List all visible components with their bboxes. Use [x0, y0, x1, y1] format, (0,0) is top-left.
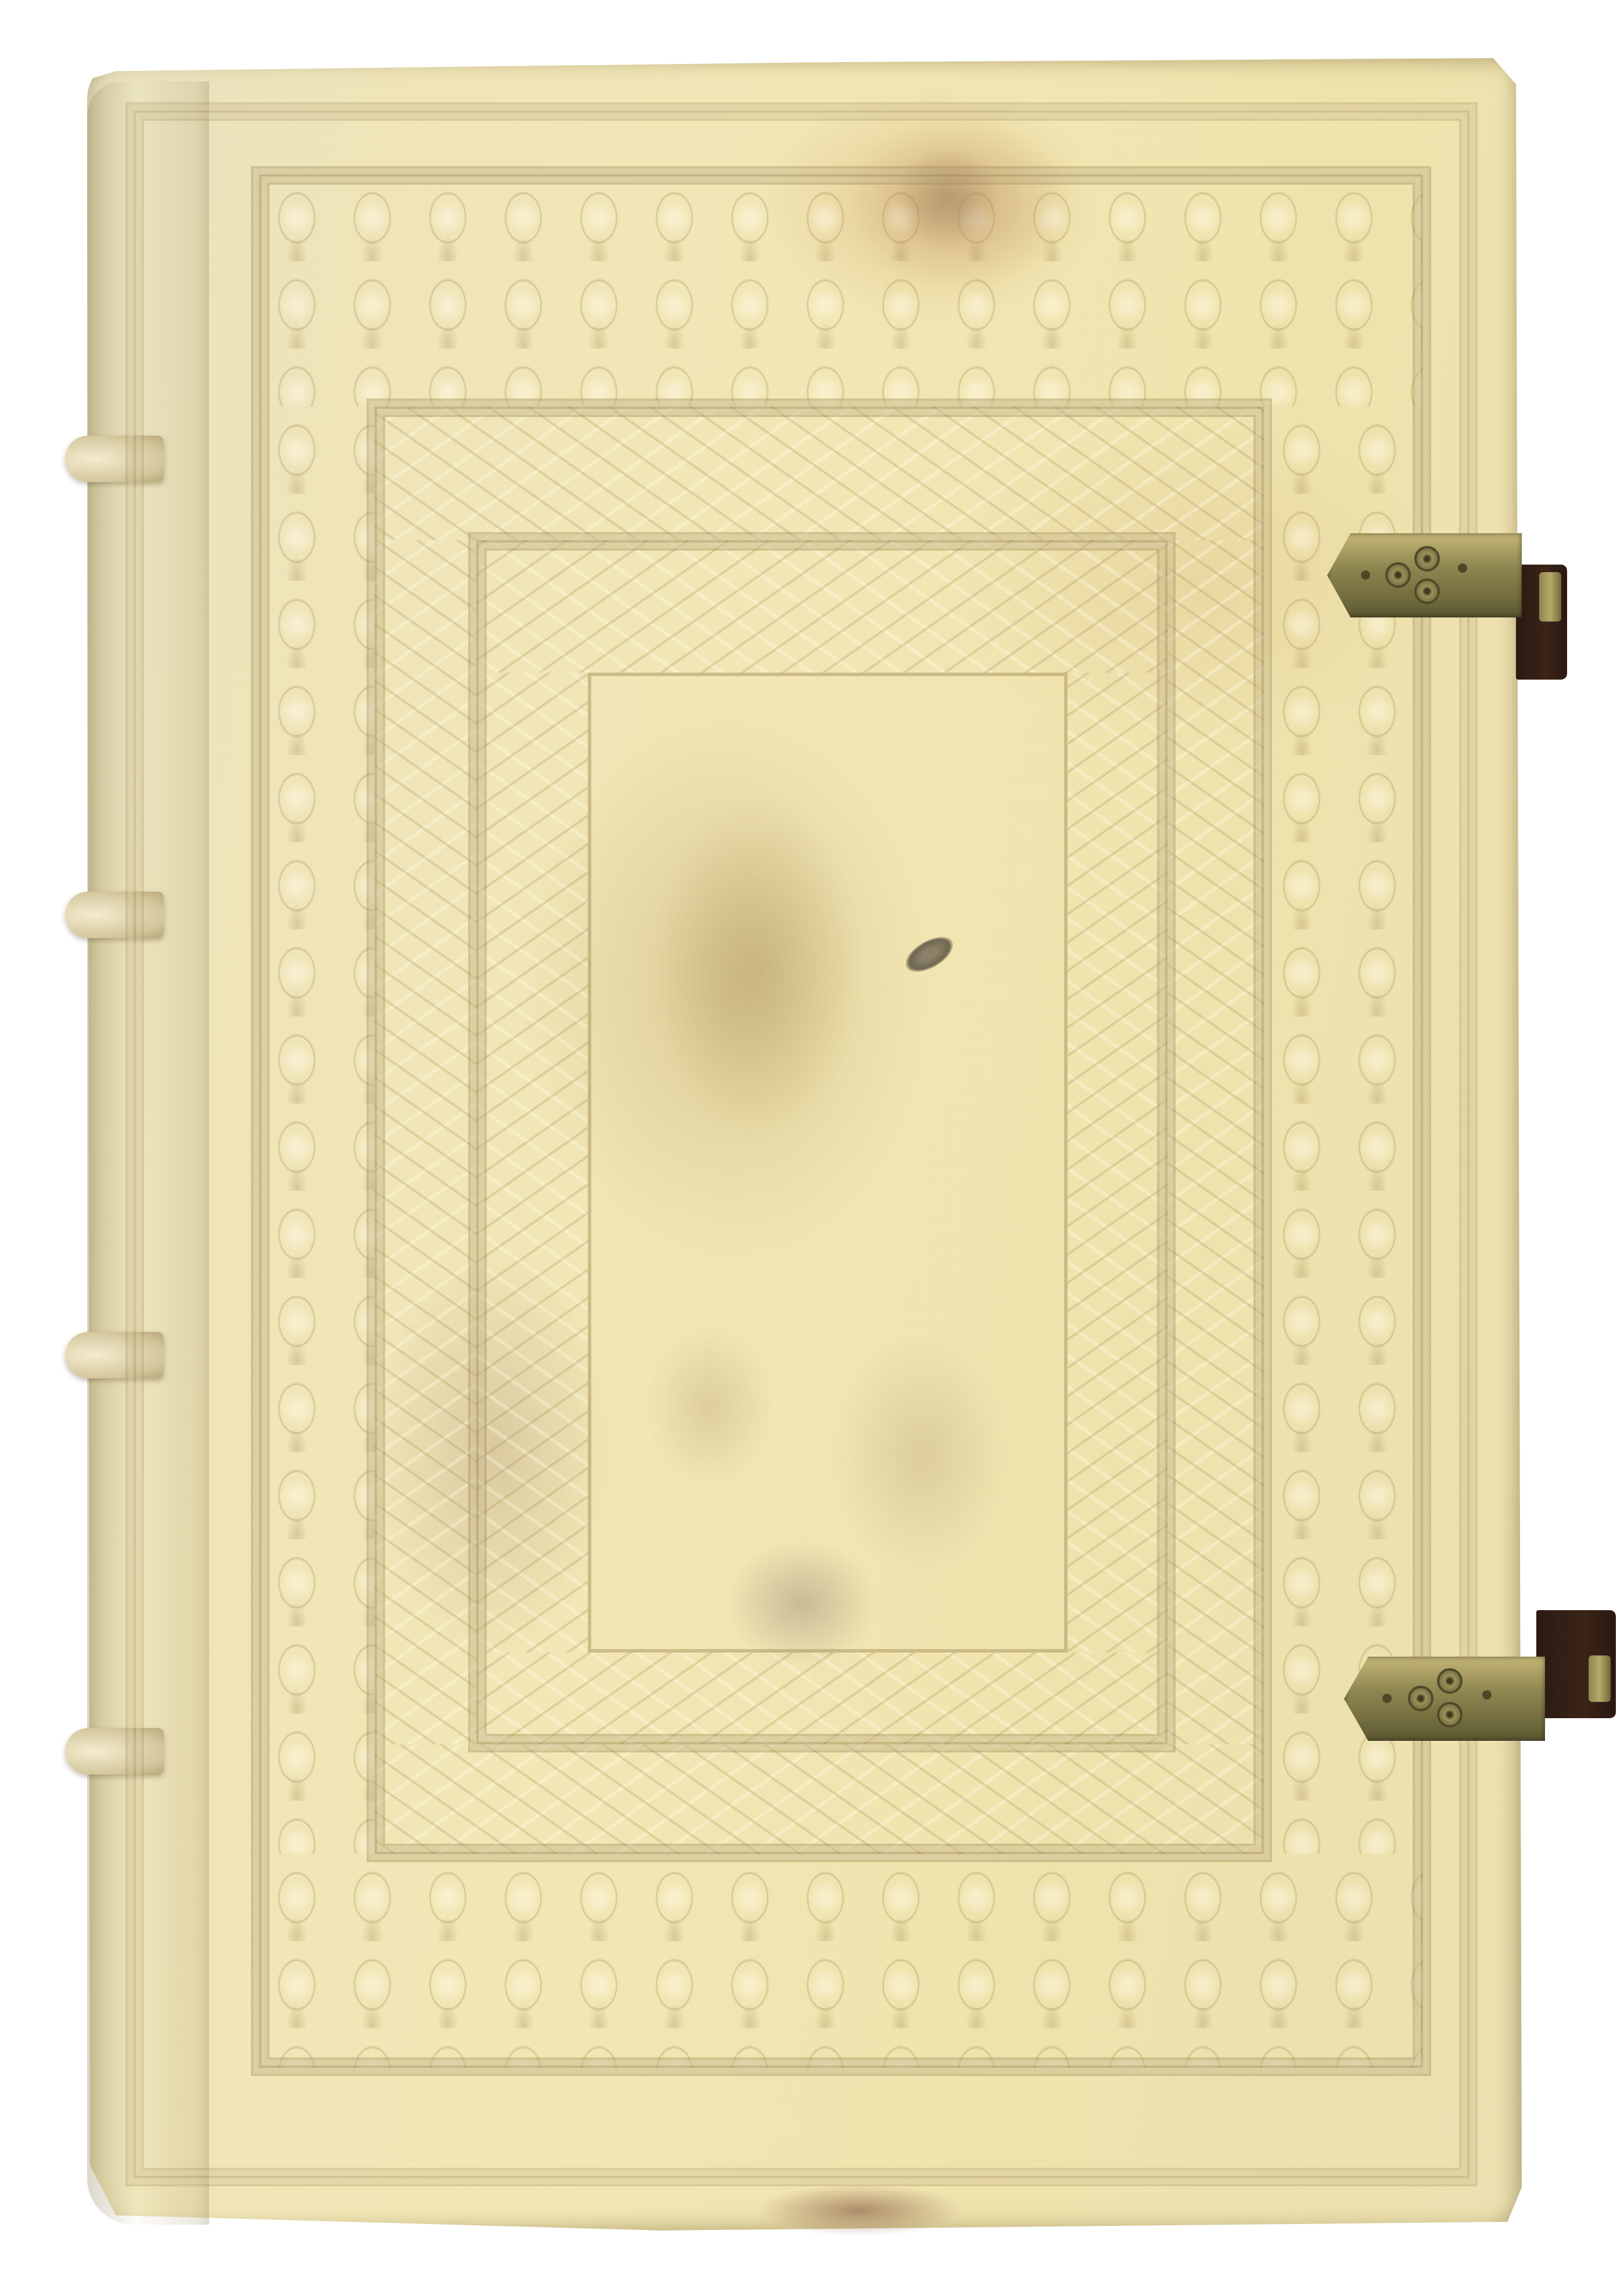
worn-patch-top [894, 145, 999, 250]
boss-icon [1385, 562, 1411, 588]
rivet-icon [1482, 1690, 1492, 1700]
lower-clasp-hook [1589, 1655, 1611, 1702]
upper-clasp-hook [1539, 572, 1561, 622]
stain-lower-panel [726, 1539, 877, 1667]
rivet-icon [1361, 570, 1370, 580]
rivet-icon [1458, 563, 1467, 573]
boss-icon [1437, 1668, 1463, 1694]
boss-icon [1414, 579, 1440, 604]
rivet-icon [1382, 1694, 1392, 1703]
boss-icon [1437, 1702, 1463, 1727]
center-panel [588, 673, 1068, 1653]
worn-bottom-edge [755, 2184, 964, 2236]
boss-icon [1414, 546, 1440, 572]
upper-clasp [1327, 533, 1522, 617]
lower-clasp [1344, 1657, 1545, 1741]
boss-icon [1408, 1686, 1433, 1711]
